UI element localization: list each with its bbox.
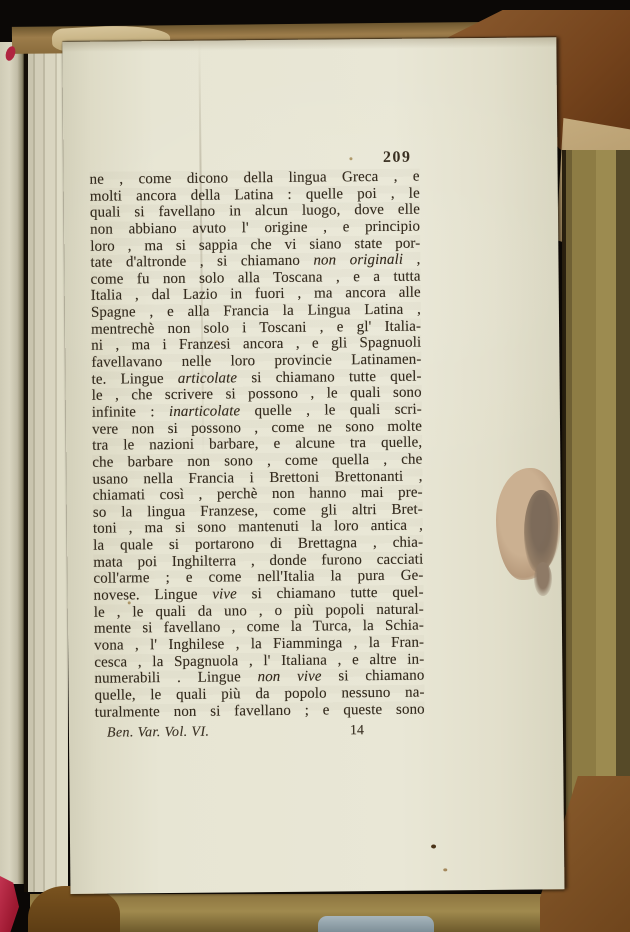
book-holder-clip — [318, 916, 434, 932]
text-block: ne , come dicono della lingua Greca , em… — [90, 169, 425, 721]
facing-page-edge — [0, 42, 24, 884]
gathering-number: 14 — [350, 723, 364, 739]
damage-stain-tail — [534, 562, 552, 596]
footer: Ben. Var. Vol. VI. 14 — [95, 723, 425, 746]
foxing-speck — [128, 601, 131, 604]
page-stack-edges — [24, 44, 68, 892]
text-line: turalmente non si favellano ; e queste s… — [95, 701, 425, 721]
book-scan: 209 ne , come dicono della lingua Greca … — [0, 0, 630, 932]
volume-signature: Ben. Var. Vol. VI. — [107, 725, 210, 741]
book-page: 209 ne , come dicono della lingua Greca … — [62, 37, 564, 894]
red-ribbon — [0, 876, 19, 932]
page-number: 209 — [87, 149, 411, 170]
foxing-speck — [431, 844, 436, 848]
foxing-speck — [349, 157, 352, 160]
foxing-speck — [215, 341, 218, 343]
foxing-speck — [443, 868, 447, 871]
